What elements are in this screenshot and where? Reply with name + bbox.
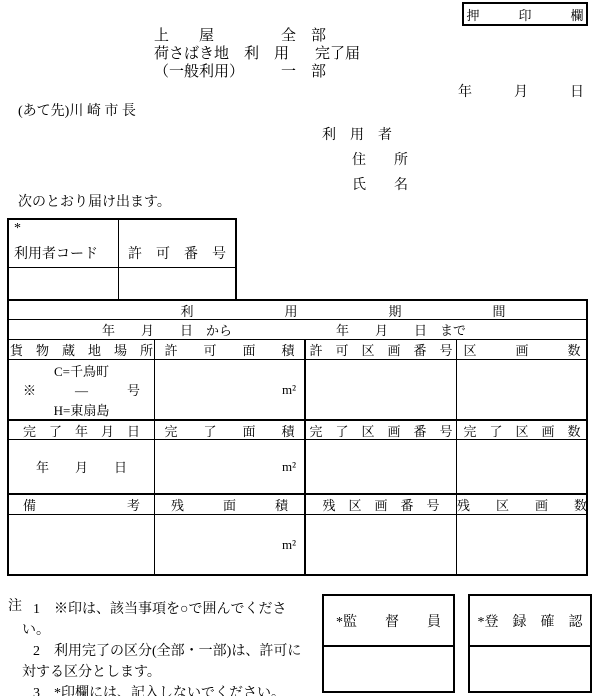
note-item-2: 2 利用完了の区分(全部・一部)は、許可に対する区分とします。 [22, 641, 304, 683]
title-option-part: 一 部 [281, 64, 326, 81]
place-number-blank[interactable]: ※ — 号 [23, 380, 140, 399]
header-remaining-section-count: 残 区 画 数 [456, 493, 587, 514]
permit-no-label: 許 可 番 号 [128, 243, 226, 263]
completion-section-no-field[interactable] [304, 439, 456, 493]
title-option-all: 全 部 [281, 28, 326, 45]
cargo-place-field[interactable]: C=千鳥町 ※ — 号 H=東扇島 [9, 359, 154, 419]
star-mark: * [14, 221, 113, 237]
period-range-field[interactable]: 年 月 日 から 年 月 日 まで [9, 319, 587, 339]
supervisor-stamp-field[interactable] [324, 647, 453, 693]
completion-area-field[interactable]: m² [154, 439, 304, 493]
place-chidoricho[interactable]: C=千鳥町 [54, 361, 109, 380]
title-general-use: （一般利用） [154, 64, 244, 81]
header-completion-area: 完 了 面 積 [154, 419, 304, 439]
supervisor-box: *監 督 員 [322, 594, 455, 693]
notes-list: 1 ※印は、該当事項を○で囲んでください。 2 利用完了の区分(全部・一部)は、… [22, 599, 304, 696]
remarks-field[interactable] [9, 514, 154, 574]
title-cargo-area: 荷さばき地 利 用 [154, 46, 289, 63]
supervisor-label: *監 督 員 [324, 596, 453, 647]
header-remaining-section-no: 残 区 画 番 号 [304, 493, 456, 514]
section-count-field[interactable] [456, 359, 587, 419]
code-table: * 利用者コード 許 可 番 号 [7, 218, 237, 301]
user-label: 利 用 者 [322, 128, 392, 144]
main-table: 利 用 期 間 年 月 日 から 年 月 日 まで 貨 物 蔵 地 場 所 許 … [7, 299, 588, 576]
user-code-label: 利用者コード [14, 243, 113, 263]
header-permit-area: 許 可 面 積 [154, 339, 304, 359]
registration-stamp-field[interactable] [470, 647, 590, 693]
form-page: 押 印 欄 上 屋 全 部 荷さばき地 利 用 完了届 （一般利用） 一 部 年… [0, 0, 594, 696]
header-section-count: 区 画 数 [456, 339, 587, 359]
header-remarks: 備 考 [9, 493, 154, 514]
permit-section-no-field[interactable] [304, 359, 456, 419]
address-field[interactable]: 住 所 [352, 153, 408, 169]
remaining-section-no-field[interactable] [304, 514, 456, 574]
notes-label: 注 [8, 599, 22, 615]
header-completion-section-no: 完 了 区 画 番 号 [304, 419, 456, 439]
remaining-section-count-field[interactable] [456, 514, 587, 574]
note-item-1: 1 ※印は、該当事項を○で囲んでください。 [22, 599, 304, 641]
user-code-header: * 利用者コード [9, 220, 119, 268]
title-building: 上 屋 [154, 28, 214, 45]
name-field[interactable]: 氏 名 [352, 178, 408, 194]
registration-label: *登 録 確 認 [470, 596, 590, 647]
intro-text: 次のとおり届け出ます。 [18, 195, 171, 211]
permit-no-header: 許 可 番 号 [119, 220, 235, 268]
permit-no-field[interactable] [119, 268, 235, 301]
header-completion-date: 完 了 年 月 日 [9, 419, 154, 439]
date-field[interactable]: 年 月 日 [458, 85, 584, 101]
remaining-area-field[interactable]: m² [154, 514, 304, 574]
completion-date-field[interactable]: 年 月 日 [9, 439, 154, 493]
header-cargo-place: 貨 物 蔵 地 場 所 [9, 339, 154, 359]
user-code-field[interactable] [9, 268, 119, 301]
header-completion-section-count: 完 了 区 画 数 [456, 419, 587, 439]
title-completion: 完了届 [315, 46, 360, 63]
period-title: 利 用 期 間 [9, 301, 587, 319]
permit-area-field[interactable]: m² [154, 359, 304, 419]
header-permit-section-no: 許 可 区 画 番 号 [304, 339, 456, 359]
seal-box-label: 押 印 欄 [466, 5, 583, 24]
registration-box: *登 録 確 認 [468, 594, 592, 693]
completion-section-count-field[interactable] [456, 439, 587, 493]
place-higashiogishima[interactable]: H=東扇島 [54, 400, 110, 419]
header-remaining-area: 残 面 積 [154, 493, 304, 514]
note-item-3: 3 *印欄には、記入しないでください。 [22, 683, 304, 696]
addressee: (あて先)川 崎 市 長 [18, 104, 136, 120]
seal-box: 押 印 欄 [462, 2, 588, 26]
